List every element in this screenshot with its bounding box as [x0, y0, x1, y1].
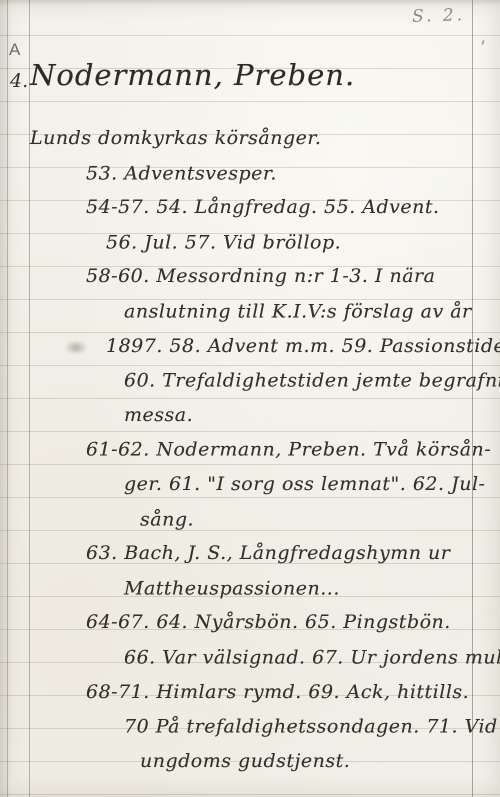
manuscript-page: S. 2. A 4. Nodermann, Preben. Lunds domk… — [0, 0, 500, 797]
stray-pencil-mark — [481, 40, 484, 45]
manuscript-line: Lunds domkyrkas körsånger. — [0, 121, 500, 156]
manuscript-line: ungdoms gudstjenst. — [0, 744, 500, 779]
manuscript-line: 64-67. 64. Nyårsbön. 65. Pingstbön. — [0, 605, 500, 640]
manuscript-line: 63. Bach, J. S., Långfredagshymn ur — [0, 536, 500, 571]
manuscript-line: anslutning till K.I.V:s förslag av år — [0, 295, 500, 330]
entry-heading: Nodermann, Preben. — [30, 58, 355, 92]
manuscript-line: 66. Var välsignad. 67. Ur jordens mull. — [0, 641, 500, 676]
manuscript-line: sång. — [0, 502, 500, 537]
manuscript-line: 58-60. Messordning n:r 1-3. I nära — [0, 259, 500, 294]
manuscript-line: 68-71. Himlars rymd. 69. Ack, hittills. — [0, 675, 500, 710]
manuscript-line: Mattheuspassionen... — [0, 571, 500, 606]
manuscript-line: 70 På trefaldighetssondagen. 71. Vid — [0, 710, 500, 745]
manuscript-line: 1897. 58. Advent m.m. 59. Passionstiden. — [0, 329, 500, 364]
entry-body: Lunds domkyrkas körsånger.53. Adventsves… — [0, 121, 500, 778]
manuscript-line: 53. Adventsvesper. — [0, 156, 500, 191]
manuscript-line: 60. Trefaldighetstiden jemte begrafnings… — [0, 364, 500, 399]
section-letter: A — [9, 40, 21, 60]
manuscript-line: 56. Jul. 57. Vid bröllop. — [0, 225, 500, 260]
manuscript-line: 61-62. Nodermann, Preben. Två körsån- — [0, 433, 500, 468]
manuscript-line: messa. — [0, 398, 500, 433]
entry-number: 4. — [10, 70, 28, 92]
manuscript-line: ger. 61. "I sorg oss lemnat". 62. Jul- — [0, 467, 500, 502]
page-number-pencil: S. 2. — [412, 5, 466, 27]
manuscript-line: 54-57. 54. Långfredag. 55. Advent. — [0, 190, 500, 225]
